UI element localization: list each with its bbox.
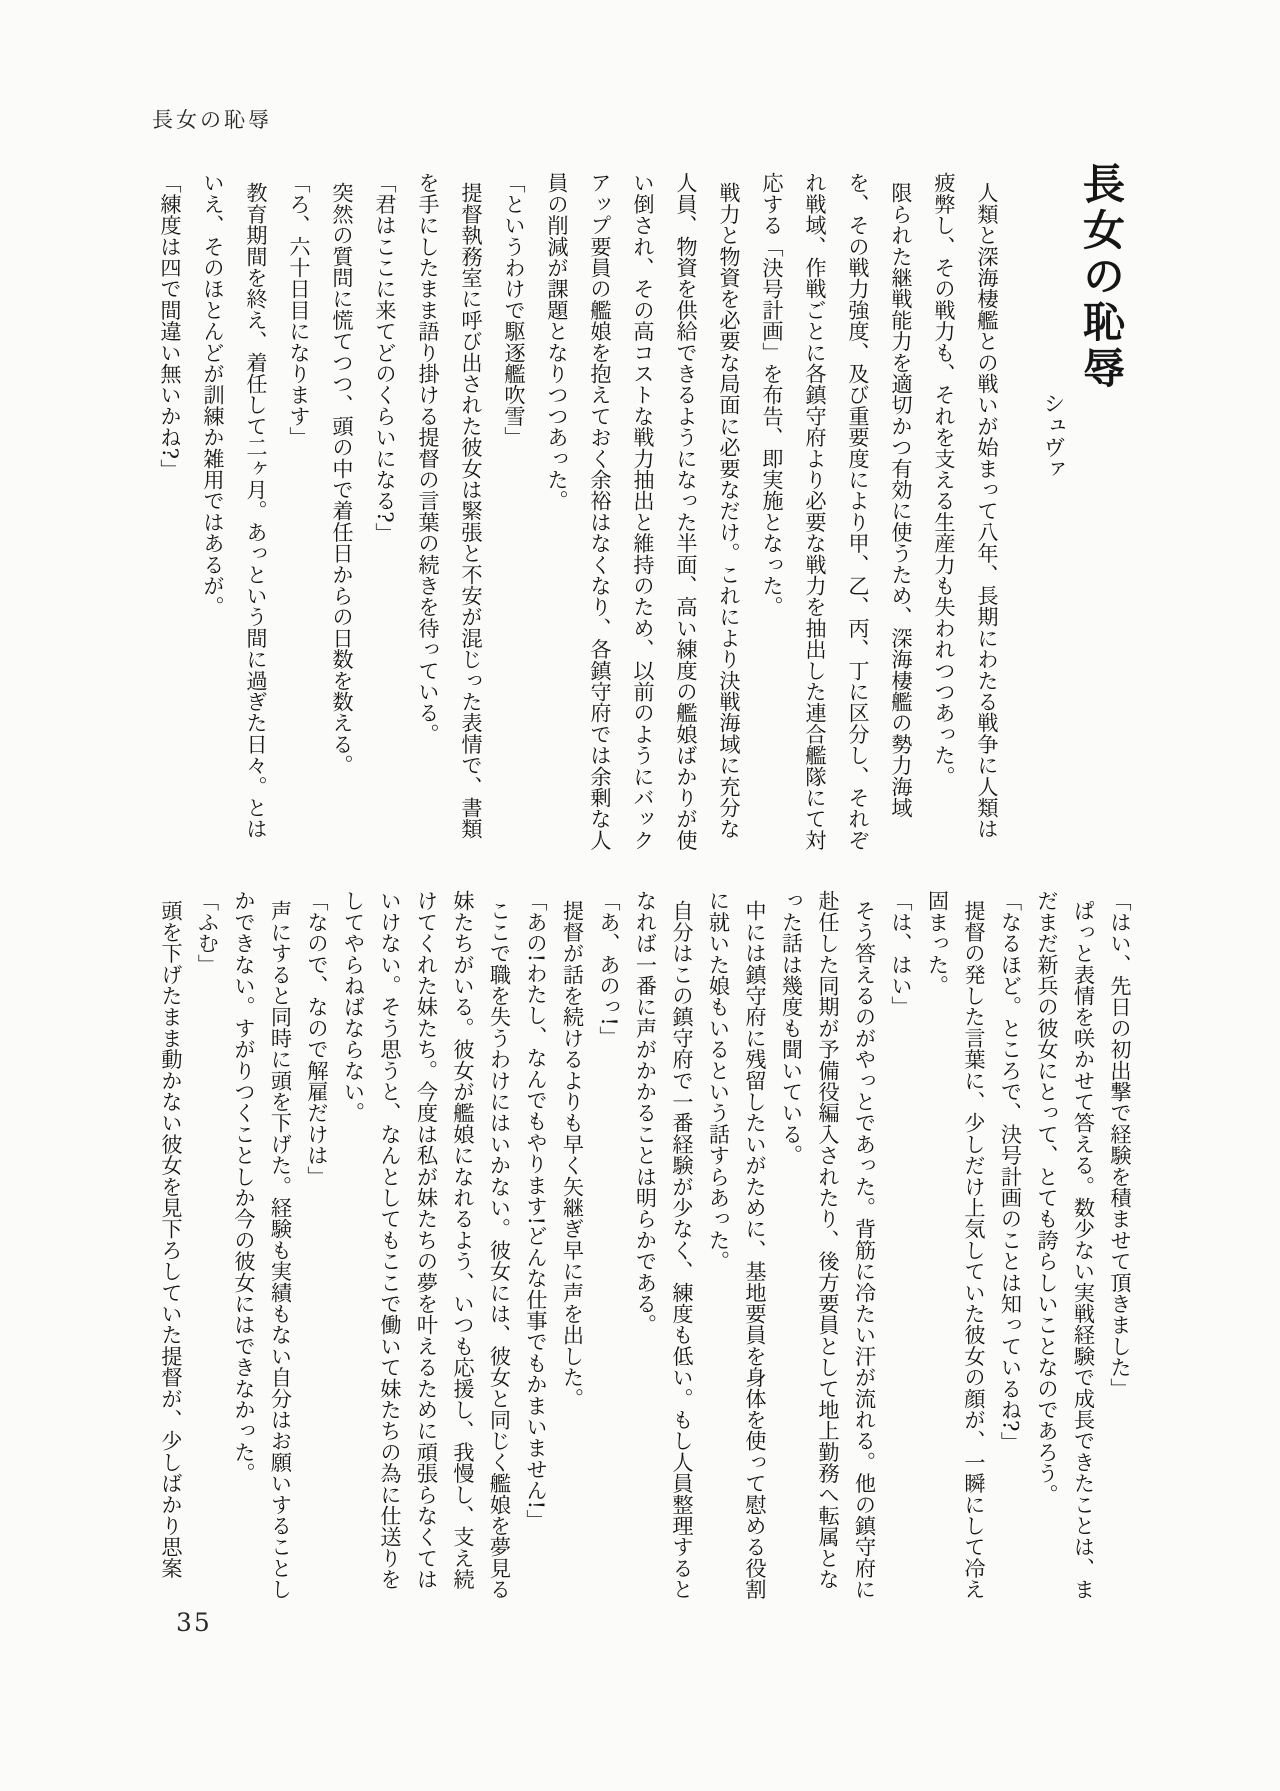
paragraph: 「はい、先日の初出撃で経験を積ませて頂きました」 (1102, 890, 1139, 1602)
running-header: 長女の恥辱 (152, 104, 272, 134)
paragraph: 中には鎮守府に残留したいがために、基地要員を身体を使って慰める役割に就いた娘もい… (700, 890, 773, 1602)
upper-body-flow: 人類と深海棲艦との戦いが始まって八年、長期にわたる戦争に人類は疲弊し、その戦力も… (149, 160, 1009, 852)
story-author: シュヴァ (1035, 160, 1069, 852)
paragraph: 「あ、あのっ!」 (591, 890, 628, 1602)
scanned-page: { "page": { "running_header": "長女の恥辱", "… (0, 0, 1280, 1791)
paragraph: 「練度は四で間違い無いかね?」 (149, 172, 192, 852)
paragraph: 「ろ、六十日目になります」 (278, 172, 321, 852)
paragraph: 「あの!わたし、なんでもやります!どんな仕事でもかまいません!」 (518, 890, 555, 1602)
paragraph: ぱっと表情を咲かせて答える。数少ない実戦経験で成長できたことは、まだまだ新兵の彼… (1029, 890, 1102, 1602)
paragraph: 「というわけで駆逐艦吹雪」 (493, 172, 536, 852)
paragraph: 声にすると同時に頭を下げた。経験も実績もない自分はお願いすることしかできない。す… (226, 890, 299, 1602)
paragraph: 「なので、なので解雇だけは」 (299, 890, 336, 1602)
paragraph: 頭を下げたまま動かない彼女を見下ろしていた提督が、少しばかり思案 (153, 890, 190, 1602)
paragraph: 「ふむ」 (189, 890, 226, 1602)
story-title: 長女の恥辱 (1075, 160, 1127, 852)
paragraph: そう答えるのがやっとであった。背筋に冷たい汗が流れる。他の鎮守府に赴任した同期が… (773, 890, 883, 1602)
paragraph: 「は、はい」 (883, 890, 920, 1602)
paragraph: 教育期間を終え、着任して二ヶ月。あっという間に過ぎた日々。とはいえ、そのほとんど… (192, 172, 278, 852)
paragraph: 提督の発した言葉に、少しだけ上気していた彼女の顔が、一瞬にして冷え固まった。 (919, 890, 992, 1602)
paragraph: 戦力と物資を必要な局面に必要なだけ。これにより決戦海域に充分な人員、物資を供給で… (536, 172, 751, 852)
lower-text-block: 「はい、先日の初出撃で経験を積ませて頂きました」 ぱっと表情を咲かせて答える。数… (153, 878, 1139, 1602)
paragraph: 自分はこの鎮守府で一番経験が少なく、練度も低い。もし人員整理するとなれば一番に声… (627, 890, 700, 1602)
paragraph: 提督が話を続けるよりも早く矢継ぎ早に声を出した。 (554, 890, 591, 1602)
paragraph: 人類と深海棲艦との戦いが始まって八年、長期にわたる戦争に人類は疲弊し、その戦力も… (923, 172, 1009, 852)
paragraph: 「なるほど。ところで、決号計画のことは知っているね?」 (992, 890, 1029, 1602)
upper-text-block: 長女の恥辱 シュヴァ 人類と深海棲艦との戦いが始まって八年、長期にわたる戦争に人… (149, 160, 1127, 852)
lower-body-flow: 「はい、先日の初出撃で経験を積ませて頂きました」 ぱっと表情を咲かせて答える。数… (153, 878, 1139, 1602)
paragraph: 限られた継戦能力を適切かつ有効に使うため、深海棲艦の勢力海域を、その戦力強度、及… (751, 172, 923, 852)
paragraph: 「君はここに来てどのくらいになる?」 (364, 172, 407, 852)
paragraph: ここで職を失うわけにはいかない。彼女には、彼女と同じく艦娘を夢見る妹たちがいる。… (335, 890, 518, 1602)
paragraph: 提督執務室に呼び出された彼女は緊張と不安が混じった表情で、書類を手にしたまま語り… (407, 172, 493, 852)
page-number: 35 (176, 1608, 212, 1637)
paragraph: 突然の質問に慌てつつ、頭の中で着任日からの日数を数える。 (321, 172, 364, 852)
